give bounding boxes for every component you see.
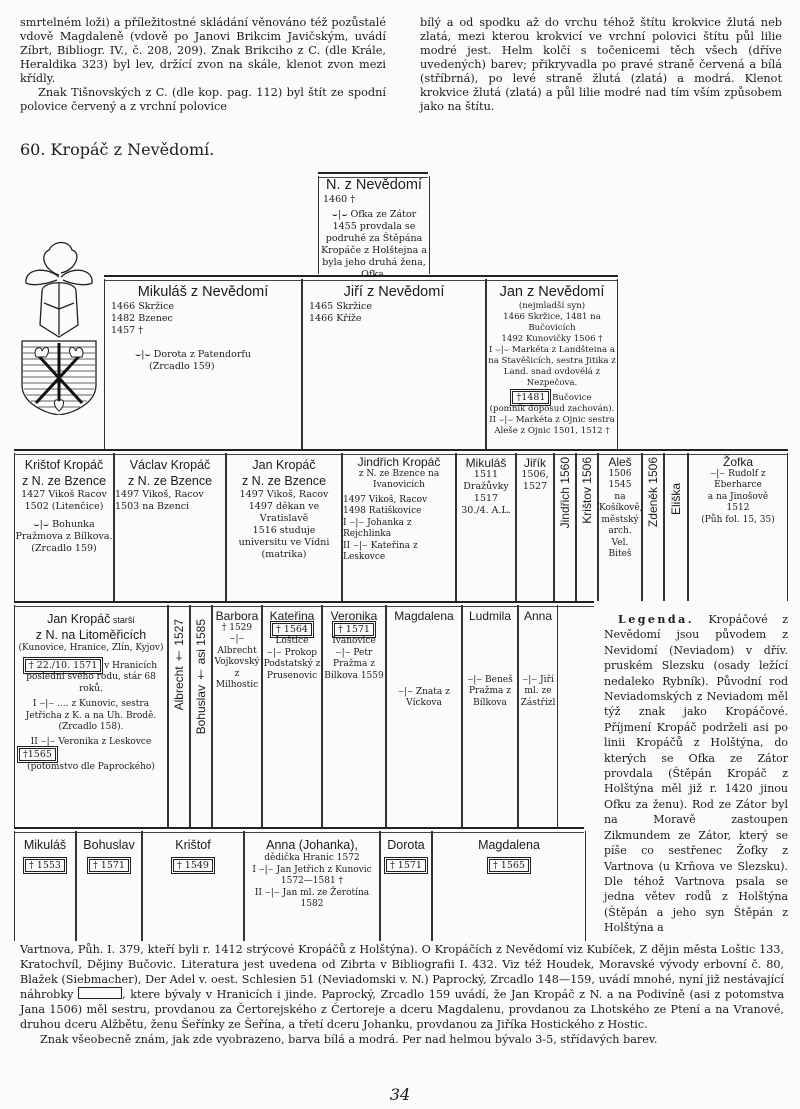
gen3-eliska-box: Eliška xyxy=(664,453,688,601)
person-sub: z N. ze Bzence na Ivanovicích xyxy=(343,469,455,492)
gen4-veronika-box: Veronika † 1571 Ivanovice ⌣|⌣ Petr Pražm… xyxy=(322,605,386,827)
fact-line: 1497 Vikoš, Racov xyxy=(227,489,341,501)
vertical-name: Eliška xyxy=(670,483,682,515)
person-name: Krištof xyxy=(143,831,243,853)
spouse: ⌣|⌣ Albrecht Vojkovský z Milhostic xyxy=(213,634,261,692)
fact-line: 1466 Kříže xyxy=(309,313,485,325)
gen4-anna-box: Anna ⌣|⌣ Jiří ml. ze Zástřizl xyxy=(518,605,558,827)
fact-line: 1465 Skržice xyxy=(309,301,485,313)
gen1-note: 1455 provdala se podruhé za Štěpána Krop… xyxy=(319,221,429,281)
marriage-1: I ⌣|⌣ Johanka z Rejchlinka xyxy=(343,518,455,541)
death-box: † 1553 xyxy=(25,859,65,872)
gen5-bohuslav-box: Bohuslav † 1571 xyxy=(76,831,142,941)
person-name: Jan Kropáč xyxy=(47,612,110,626)
person-sub: z N. na Litoměřicích xyxy=(15,627,167,643)
person-name: Anna xyxy=(519,605,557,623)
fact-line: 1497 Vikoš, Racov xyxy=(343,495,455,507)
death-box: † 1564 xyxy=(272,623,312,636)
spouse: ⌣|⌣ Prokop Podstatský z Prusenovic xyxy=(263,648,321,683)
marriage-icon: ⌣|⌣ xyxy=(135,349,151,360)
intro-left-paragraph-1: smrtelném loži) a příležitostné skládání… xyxy=(20,16,386,85)
fact-line: Vel. xyxy=(599,538,641,550)
person-name: Mikuláš xyxy=(15,831,75,853)
person-sub: dědička Hranic 1572 xyxy=(245,853,379,865)
intro-right-paragraph: bílý a od spodku až do vrchu téhož štítu… xyxy=(420,16,782,113)
place: Loštice xyxy=(263,636,321,648)
intro-left-column: smrtelném loži) a příležitostné skládání… xyxy=(20,16,386,114)
gen3-vaclav-box: Václav Kropáč z N. ze Bzence 1497 Vikoš,… xyxy=(114,453,226,601)
bottom-text: Vartnova, Půh. I. 379, kteří byli r. 141… xyxy=(20,942,784,1047)
marriage-2: II ⌣|⌣ Jan ml. ze Žerotína xyxy=(245,888,379,900)
death-box: † 1571 xyxy=(89,859,129,872)
gen5-mikulas-box: Mikuláš † 1553 xyxy=(14,831,76,941)
legend: Legenda. Kropáčové z Nevědomí jsou původ… xyxy=(604,612,788,936)
spouse-name: Dorota z Patendorfu xyxy=(154,349,251,360)
marriage-2: II ⌣|⌣ Markéta z Ojnic sestra Aleše z Oj… xyxy=(487,415,617,437)
person-name: Barbora xyxy=(213,605,261,623)
section-title: 60. Kropáč z Nevědomí. xyxy=(20,140,214,159)
gen2-jan-name: Jan z Nevědomí xyxy=(487,279,617,301)
fact-line: na Košíkově, xyxy=(599,492,641,515)
person-name: Magdalena xyxy=(433,831,585,853)
gen3-mikulas-box: Mikuláš 1511 Dražůvky 1517 30./4. A.L. xyxy=(456,453,516,601)
person-sub: z N. ze Bzence xyxy=(227,473,341,489)
gen1-spouse: Ofka ze Zátor xyxy=(350,209,416,220)
fact-line: (Půh fol. 15, 35) xyxy=(689,515,787,527)
fact-line: Dražůvky xyxy=(457,481,515,493)
fact-line: 1457 † xyxy=(111,325,301,337)
gen1-person-box: N. z Nevědomí 1460 † ⌣|⌣ Ofka ze Zátor 1… xyxy=(318,176,430,274)
places: (Kunovice, Hranice, Zlín, Kyjov) xyxy=(15,643,167,655)
marriage-1: I ⌣|⌣ Markéta z Landšteina a na Stavěšic… xyxy=(487,345,617,389)
person-name: Ludmila xyxy=(463,605,517,623)
gen2-mikulas-box: Mikuláš z Nevědomí 1466 Skržice 1482 Bze… xyxy=(104,279,302,451)
fact-line: ⌣|⌣ Rudolf z Eberharce xyxy=(689,469,787,492)
fact-line: 1527 xyxy=(517,481,553,493)
burial-note: (pomník doposud zachován). xyxy=(487,404,617,415)
gen3-kristov-box: Krištov 1506 xyxy=(576,453,598,601)
bottom-text-part-2: , ktere bývaly v Hranicích i jinde. Papr… xyxy=(20,988,784,1031)
legend-text: Kropáčové z Nevědomí jsou původem z Nevi… xyxy=(604,613,788,934)
intro-left-paragraph-2: Znak Tišnovských z C. (dle kop. pag. 112… xyxy=(20,86,386,113)
note: (Zrcadlo 159) xyxy=(15,543,113,555)
fact-line: 1466 Skržice xyxy=(111,301,301,313)
marriage-2: II ⌣|⌣ Veronika z Leskovce xyxy=(15,737,167,749)
burial-box: †1481 xyxy=(512,391,549,404)
gen4-albrecht-box: Albrecht † 1527 xyxy=(168,605,190,827)
death-box: † 1571 xyxy=(386,859,426,872)
death-box: † 22./10. 1571 xyxy=(25,659,101,672)
subtitle: (nejmladší syn) xyxy=(487,301,617,312)
fact-line: (matrika) xyxy=(227,549,341,561)
person-name: Kateřina xyxy=(263,605,321,623)
gen4-jan-box: Jan Kropáč starší z N. na Litoměřicích (… xyxy=(14,605,168,827)
fact-line: 1511 xyxy=(457,469,515,481)
death: † 1529 xyxy=(213,623,261,635)
person-name: Jan Kropáč xyxy=(227,453,341,473)
vertical-name: Jindřich 1560 xyxy=(559,457,571,528)
person-sub: z N. ze Bzence xyxy=(115,473,225,489)
fact-line: 1506, xyxy=(517,469,553,481)
person-name: Jindřich Kropáč xyxy=(343,453,455,469)
marriage-icon: ⌣|⌣ xyxy=(332,209,348,220)
fact-line: 1492 Kunovičky 1506 † xyxy=(487,334,617,345)
fact-line: 1498 Ratiškovice xyxy=(343,506,455,518)
vertical-name: Krištov 1506 xyxy=(581,457,593,524)
person-name: Anna (Johanka), xyxy=(245,831,379,853)
person-name: Bohuslav xyxy=(77,831,141,853)
person-name: Dorota xyxy=(381,831,431,853)
gen5-kristof-box: Krištof † 1549 xyxy=(142,831,244,941)
fact-line: 1517 xyxy=(457,493,515,505)
person-name: Krištof Kropáč xyxy=(15,453,113,473)
gen2-mikulas-name: Mikuláš z Nevědomí xyxy=(105,279,301,301)
gen4-barbora-box: Barbora † 1529 ⌣|⌣ Albrecht Vojkovský z … xyxy=(212,605,262,827)
bottom-closing: Znak všeobecně znám, jak zde vyobrazeno,… xyxy=(40,1033,657,1046)
marriage-2-dates: 1582 xyxy=(245,899,379,911)
marriage-1: I ⌣|⌣ .... z Kunovic, sestra Jetřicha z … xyxy=(15,699,167,734)
gen3-zofka-box: Žofka ⌣|⌣ Rudolf z Eberharce a na Jinošo… xyxy=(688,453,788,601)
page-number: 34 xyxy=(0,1085,800,1104)
death-box: † 1571 xyxy=(334,623,374,636)
gen5-magdalena-box: Magdalena † 1565 xyxy=(432,831,586,941)
fact-line: 1497 děkan ve Vratislavě xyxy=(227,501,341,525)
vertical-name: Bohuslav † asi 1585 xyxy=(195,619,207,734)
spouse-note: (Zrcadlo 159) xyxy=(105,361,301,373)
person-name: Veronika xyxy=(323,605,385,623)
spouse-name: Bohunka Pražmova z Bílkova. xyxy=(16,519,113,542)
gen2-jan-box: Jan z Nevědomí (nejmladší syn) 1466 Skrž… xyxy=(486,279,618,451)
fact-line: 1427 Vikoš Racov xyxy=(15,489,113,501)
gen2-jiri-name: Jiří z Nevědomí xyxy=(303,279,485,301)
gen1-name: N. z Nevědomí xyxy=(319,176,429,194)
name-suffix: starší xyxy=(113,615,135,625)
death-box: † 1565 xyxy=(489,859,529,872)
marriage-1-dates: 1572—1581 † xyxy=(245,876,379,888)
spouse: ⌣|⌣ Petr Pražma z Bílkova 1559 xyxy=(323,648,385,683)
gen3-jindrich-box: Jindřich Kropáč z N. ze Bzence na Ivanov… xyxy=(342,453,456,601)
person-name: Žofka xyxy=(689,453,787,469)
fact-line: 1545 xyxy=(599,480,641,492)
gen4-bohuslav-box: Bohuslav † asi 1585 xyxy=(190,605,212,827)
fact-line: 1497 Vikoš, Racov xyxy=(115,489,225,501)
fact-line: 1516 studuje universitu ve Vídni xyxy=(227,525,341,549)
gen3-zdenek-box: Zdeněk 1506 xyxy=(642,453,664,601)
person-name: Jiřík xyxy=(517,453,553,469)
vertical-name: Zdeněk 1506 xyxy=(647,457,659,527)
fact-line: 1466 Skržice, 1481 na Bučovicích xyxy=(487,312,617,334)
spouse: ⌣|⌣ Beneš Pražma z Bílkova xyxy=(463,675,517,710)
fact-line: městský xyxy=(599,515,641,527)
fact-line: 1506 xyxy=(599,469,641,481)
death-box: †1565 xyxy=(19,748,56,761)
gen3-jindrich-vertical-box: Jindřich 1560 xyxy=(554,453,576,601)
spouse: ⌣|⌣ Jiří ml. ze Zástřizl xyxy=(519,675,557,710)
death-box: † 1549 xyxy=(173,859,213,872)
gen4-katerina-box: Kateřina † 1564 Loštice ⌣|⌣ Prokop Podst… xyxy=(262,605,322,827)
place: Ivanovice xyxy=(323,636,385,648)
gen3-ales-box: Aleš 1506 1545 na Košíkově, městský arch… xyxy=(598,453,642,601)
vertical-name: Albrecht † 1527 xyxy=(173,619,185,710)
gen3-kristof-box: Krištof Kropáč z N. ze Bzence 1427 Vikoš… xyxy=(14,453,114,601)
marriage-2: II ⌣|⌣ Kateřina z Leskovce xyxy=(343,541,455,564)
gen2-jiri-box: Jiří z Nevědomí 1465 Skržice 1466 Kříže xyxy=(302,279,486,451)
gen3-jan-box: Jan Kropáč z N. ze Bzence 1497 Vikoš, Ra… xyxy=(226,453,342,601)
fact-line: 1502 (Litenčice) xyxy=(15,501,113,513)
fact-line: a na Jinošově xyxy=(689,492,787,504)
legend-heading: Legenda. xyxy=(618,613,694,626)
gen3-jirik-box: Jiřík 1506, 1527 xyxy=(516,453,554,601)
person-name: Magdalena xyxy=(387,605,461,623)
gen5-anna-box: Anna (Johanka), dědička Hranic 1572 I ⌣|… xyxy=(244,831,380,941)
fact-line: 30./4. A.L. xyxy=(457,505,515,517)
person-name: Mikuláš xyxy=(457,453,515,469)
note: (potomstvo dle Paprockého) xyxy=(15,762,167,774)
blank-box-icon xyxy=(78,987,122,999)
fact-line: 1512 xyxy=(689,503,787,515)
gen1-death: 1460 † xyxy=(319,194,429,206)
burial-place: Bučovice xyxy=(552,393,591,403)
person-sub: z N. ze Bzence xyxy=(15,473,113,489)
gen5-dorota-box: Dorota † 1571 xyxy=(380,831,432,941)
fact-line: 1503 na Bzenci xyxy=(115,501,225,513)
fact-line: arch. xyxy=(599,526,641,538)
intro-right-column: bílý a od spodku až do vrchu téhož štítu… xyxy=(420,16,782,114)
fact-line: Biteš xyxy=(599,549,641,561)
marriage-1: I ⌣|⌣ Jan Jetřich z Kunovic xyxy=(245,865,379,877)
marriage-icon: ⌣|⌣ xyxy=(33,519,49,530)
person-name: Aleš xyxy=(599,453,641,469)
gen4-ludmila-box: Ludmila ⌣|⌣ Beneš Pražma z Bílkova xyxy=(462,605,518,827)
person-name: Václav Kropáč xyxy=(115,453,225,473)
gen4-magdalena-box: Magdalena ⌣|⌣ Znata z Víckova xyxy=(386,605,462,827)
coat-of-arms-icon xyxy=(14,225,104,415)
fact-line: 1482 Bzenec xyxy=(111,313,301,325)
spouse: ⌣|⌣ Znata z Víckova xyxy=(387,687,461,710)
